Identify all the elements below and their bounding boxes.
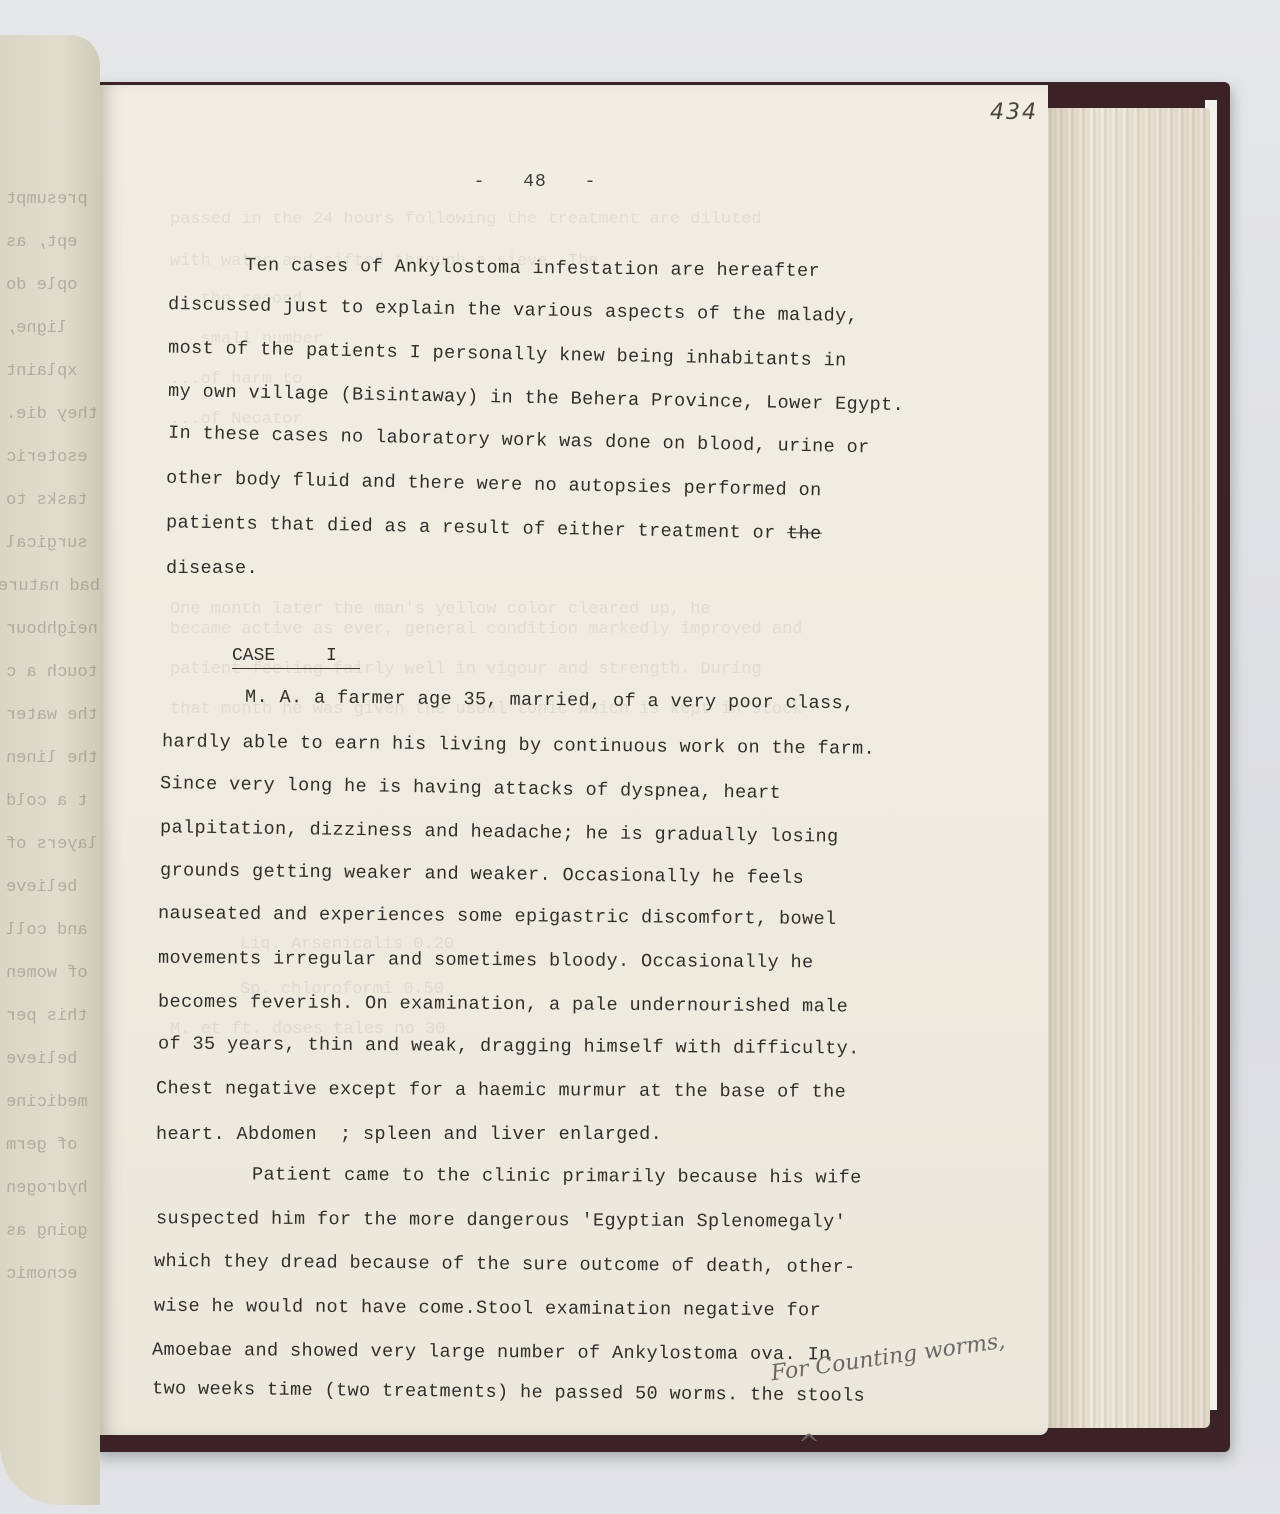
left-page-fragment: xplaint	[0, 362, 100, 381]
left-page-fragment: of germ	[0, 1136, 100, 1155]
left-page-fragment: surgical	[0, 534, 100, 553]
case-line-11: heart. Abdomen ; spleen and liver enlarg…	[156, 1124, 662, 1145]
left-page-fragment: ecnomic	[0, 1265, 100, 1284]
left-page-fragment: neighbour	[0, 620, 100, 639]
page-stack-edges	[1045, 108, 1210, 1428]
left-page-fragment: ople do	[0, 276, 100, 295]
left-page-fragment: this per	[0, 1007, 100, 1026]
patient-line-2: suspected him for the more dangerous 'Eg…	[156, 1208, 846, 1233]
left-page-fragment: layers of	[0, 835, 100, 854]
left-page-fragment: believe	[0, 878, 100, 897]
left-page-fragment: and coll	[0, 921, 100, 940]
handwritten-folio-number: 434	[990, 100, 1038, 125]
patient-line-1: Patient came to the clinic primarily bec…	[252, 1164, 862, 1188]
left-page-fragment: presumpt	[0, 190, 100, 209]
show-through-line: passed in the 24 hours following the tre…	[170, 210, 762, 229]
left-page-fragment: esoteric	[0, 448, 100, 467]
left-page-fragment: medicine	[0, 1093, 100, 1112]
left-page-fragment: they die.	[0, 405, 100, 424]
left-page-fragment: the water	[0, 706, 100, 725]
left-page-fragment: hydrogen	[0, 1179, 100, 1198]
show-through-line: became active as ever, general condition…	[170, 620, 803, 639]
left-page-fragment: touch a c	[0, 663, 100, 682]
left-page-fragment: the linen	[0, 749, 100, 768]
left-page-fragment: of women	[0, 964, 100, 983]
case-line-10: Chest negative except for a haemic murmu…	[156, 1078, 846, 1103]
left-page-curled: presumptept, asople doligne,xplaintthey …	[0, 35, 100, 1505]
left-page-fragment: t a cold	[0, 792, 100, 811]
show-through-line: One month later the man's yellow color c…	[170, 600, 711, 619]
left-page-fragment: going as	[0, 1222, 100, 1241]
document-page	[100, 85, 1048, 1435]
caret-mark-icon: ^	[798, 1430, 820, 1460]
page-number: - 48 -	[450, 172, 620, 192]
case-heading: CASE I	[232, 646, 360, 669]
struck-word: the	[787, 523, 822, 545]
left-page-fragment: tasks to	[0, 491, 100, 510]
left-page-fragment: ligne,	[0, 319, 100, 338]
intro-line-8: disease.	[166, 558, 258, 579]
left-page-fragment: ept, as	[0, 233, 100, 252]
left-page-fragment: bad nature	[0, 577, 100, 596]
left-page-fragment: believe	[0, 1050, 100, 1069]
